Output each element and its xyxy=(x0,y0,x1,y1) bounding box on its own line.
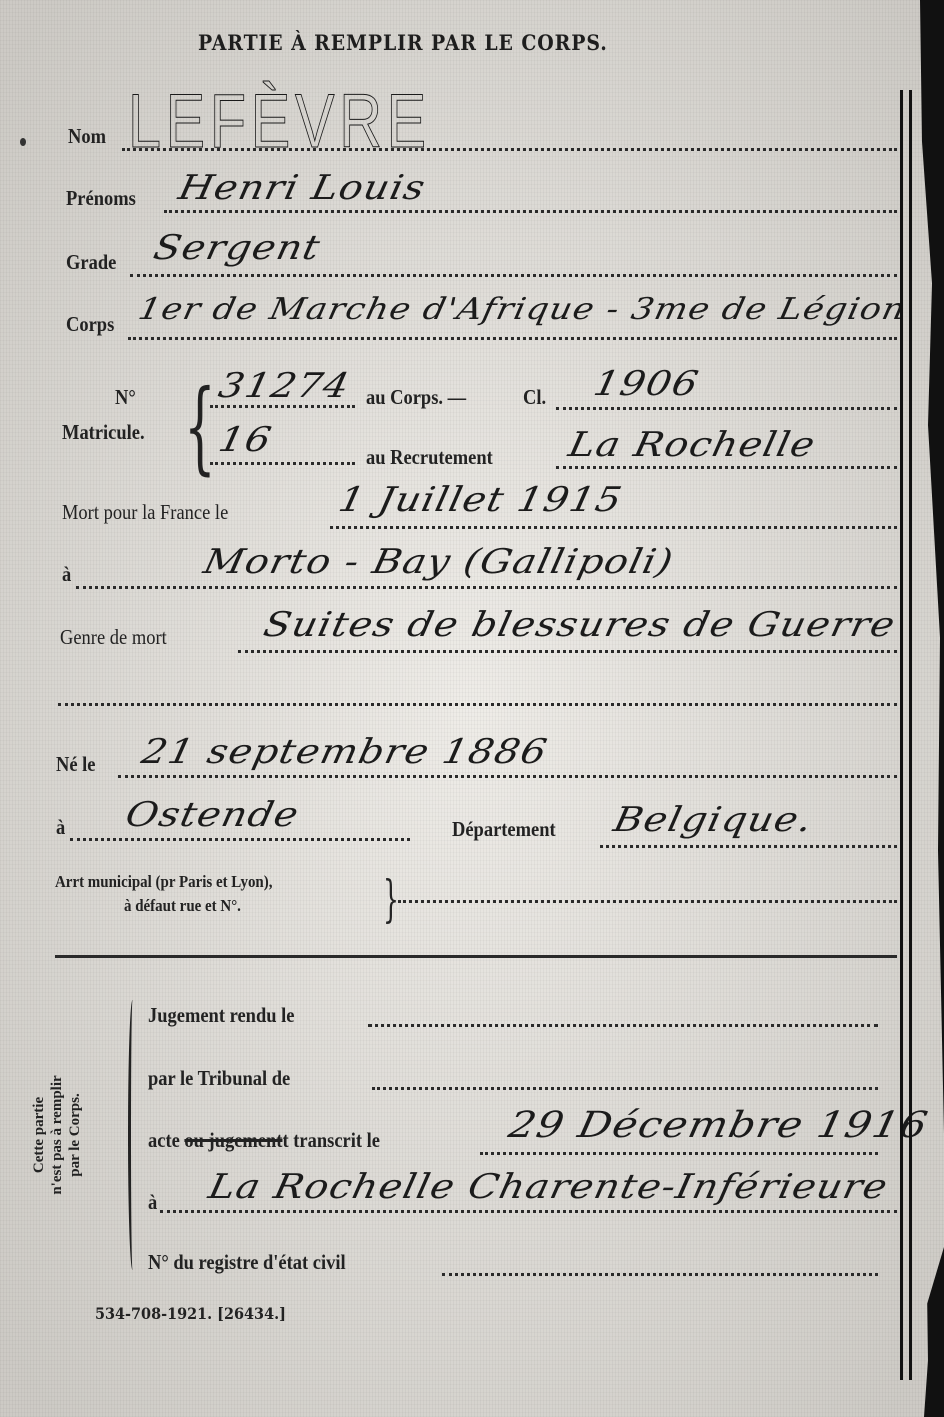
classe-label: Cl. xyxy=(523,385,546,410)
tribunal-line xyxy=(372,1087,878,1090)
transcrit-label-struck: ou jugement xyxy=(184,1128,282,1152)
mort-le-line xyxy=(330,526,897,529)
au-recrutement-label: au Recrutement xyxy=(366,445,493,470)
genre-de-mort-label: Genre de mort xyxy=(60,625,167,650)
recrutement-place-line xyxy=(556,466,897,469)
mort-le-label: Mort pour la France le xyxy=(62,500,228,525)
ne-le-label: Né le xyxy=(56,752,96,777)
jugement-rendu-label: Jugement rendu le xyxy=(148,1003,294,1028)
transcrit-a-label: à xyxy=(148,1190,157,1215)
grade-label: Grade xyxy=(66,250,116,275)
matricule-corps-line xyxy=(210,405,355,408)
mort-a-line xyxy=(76,586,897,589)
matricule-label: Matricule. xyxy=(62,420,145,445)
nom-value: LEFÈVRE xyxy=(128,78,431,165)
ne-le-line xyxy=(118,775,897,778)
classe-value: 1906 xyxy=(590,364,703,404)
registre-label: N° du registre d'état civil xyxy=(148,1250,346,1275)
matricule-recrutement-value: 16 xyxy=(215,420,276,460)
departement-line xyxy=(600,845,897,848)
matricule-recrutement-line xyxy=(210,462,355,465)
side-note-line-1: Cette partie xyxy=(30,1040,48,1230)
form-reference-number: 534-708-1921. [26434.] xyxy=(95,1304,286,1323)
arrondissement-brace: } xyxy=(383,870,399,928)
corps-line xyxy=(128,337,897,340)
ne-le-value: 21 septembre 1886 xyxy=(138,732,551,772)
section-divider xyxy=(55,955,897,958)
transcrit-a-value: La Rochelle Charente-Inférieure xyxy=(205,1167,892,1207)
side-note-line-3: par le Corps. xyxy=(66,1040,84,1230)
transcrit-label-suffix: t transcrit le xyxy=(282,1128,380,1152)
matricule-corps-value: 31274 xyxy=(215,366,354,406)
jugement-rendu-line xyxy=(368,1024,878,1027)
ne-a-label: à xyxy=(56,815,65,840)
form-title: PARTIE À REMPLIR PAR LE CORPS. xyxy=(198,30,608,55)
mort-a-label: à xyxy=(62,562,71,587)
matricule-label-no: N° xyxy=(115,385,136,410)
prenoms-line xyxy=(164,210,897,213)
death-record-form: PARTIE À REMPLIR PAR LE CORPS. Nom LEFÈV… xyxy=(0,0,944,1417)
recrutement-place-value: La Rochelle xyxy=(565,425,819,465)
transcrit-value: 29 Décembre 1916 xyxy=(505,1105,932,1146)
arrondissement-line xyxy=(398,900,897,903)
ne-a-value: Ostende xyxy=(122,795,303,835)
prenoms-label: Prénoms xyxy=(66,186,136,211)
jugement-brace xyxy=(128,1000,137,1270)
tribunal-label: par le Tribunal de xyxy=(148,1066,290,1091)
nom-label: Nom xyxy=(68,124,106,149)
corps-label: Corps xyxy=(66,312,114,337)
departement-label: Département xyxy=(452,817,556,842)
matricule-brace: { xyxy=(184,368,216,485)
transcrit-label: acte ou jugementt transcrit le xyxy=(148,1128,380,1153)
right-border-rule-inner xyxy=(900,90,903,1380)
departement-value: Belgique. xyxy=(610,800,817,840)
ne-a-line xyxy=(70,838,410,841)
mort-a-value: Morto - Bay (Gallipoli) xyxy=(200,542,677,582)
right-border-rule-outer xyxy=(909,90,912,1380)
mort-le-value: 1 Juillet 1915 xyxy=(335,480,626,520)
corps-value: 1er de Marche d'Afrique - 3me de Légion xyxy=(135,292,909,327)
genre-de-mort-value: Suites de blessures de Guerre xyxy=(260,605,899,645)
arrondissement-label-2: à défaut rue et N°. xyxy=(124,896,241,916)
classe-line xyxy=(556,407,897,410)
margin-mark xyxy=(20,138,26,146)
grade-line xyxy=(130,274,897,277)
registre-line xyxy=(442,1273,878,1276)
prenoms-value: Henri Louis xyxy=(175,168,429,208)
grade-value: Sergent xyxy=(150,228,324,268)
transcrit-a-line xyxy=(160,1210,897,1213)
transcrit-line xyxy=(480,1152,878,1155)
transcrit-label-prefix: acte xyxy=(148,1128,184,1152)
genre-de-mort-line xyxy=(238,650,897,653)
arrondissement-label-1: Arrt municipal (pr Paris et Lyon), xyxy=(55,872,272,892)
blank-line xyxy=(58,703,897,706)
side-note: Cette partie n'est pas à remplir par le … xyxy=(30,1040,84,1230)
side-note-line-2: n'est pas à remplir xyxy=(48,1040,66,1230)
au-corps-label: au Corps. — xyxy=(366,385,466,410)
nom-line xyxy=(122,148,897,151)
